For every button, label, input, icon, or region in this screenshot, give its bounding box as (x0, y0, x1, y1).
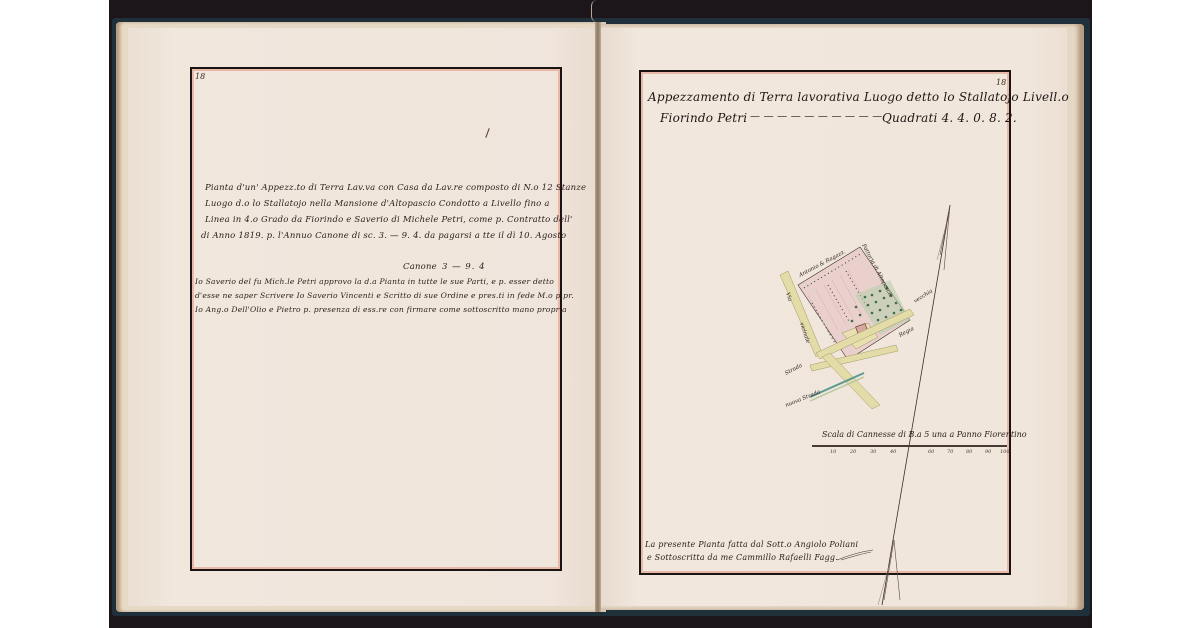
map-title-area: Quadrati 4. 4. 0. 8. 2. (882, 111, 1017, 125)
map-title-dashes: — — — — — — — — — — (750, 111, 882, 122)
footer-line-1: La presente Pianta fatta dal Sott.o Angi… (645, 540, 858, 549)
svg-text:Via: Via (784, 292, 792, 302)
approval-line-1: Io Saverio del fu Mich.le Petri approvo … (195, 277, 554, 286)
left-page-frame (190, 67, 562, 571)
svg-text:Strada: Strada (784, 363, 803, 377)
svg-text:Regia: Regia (897, 326, 915, 339)
description-line-1: Pianta d'un' Appezz.to di Terra Lav.va c… (205, 183, 586, 193)
estate-plot-map: Antonio & Ragazz. Fattoria di Altopascio… (760, 225, 990, 415)
description-line-3: Linea in 4.o Grado da Fiorindo e Saverio… (205, 215, 573, 225)
bookmark-string (591, 0, 608, 22)
canone-value: 3 — 9. 4 (442, 262, 486, 272)
description-line-2: Luogo d.o lo Stallatojo nella Mansione d… (205, 199, 550, 209)
approval-line-3: Io Ang.o Dell'Olio e Pietro p. presenza … (195, 305, 567, 314)
footer-line-2: e Sottoscritta da me Cammillo Rafaelli F… (647, 553, 838, 562)
svg-text:vecchia: vecchia (913, 288, 934, 304)
scale-tick: 100 (1000, 449, 1010, 455)
description-line-4: di Anno 1819. p. l'Annuo Canone di sc. 3… (201, 231, 566, 241)
scale-tick: 20 (850, 449, 856, 455)
map-title-line-1: Appezzamento di Terra lavorativa Luogo d… (648, 90, 1069, 104)
right-folio-number: 18 (996, 78, 1006, 87)
scale-tick: 10 (830, 449, 836, 455)
scale-tick: 40 (890, 449, 896, 455)
scale-tick: 90 (985, 449, 991, 455)
scale-bar (812, 445, 1007, 447)
left-folio-number: 18 (195, 72, 205, 81)
map-title-owner: Fiorindo Petri (660, 111, 747, 125)
signature-flourish-icon (835, 548, 875, 562)
scale-caption: Scala di Cannesse di B.a 5 una a Panno F… (822, 430, 1027, 439)
scale-tick: 60 (928, 449, 934, 455)
scale-tick: 70 (947, 449, 953, 455)
scale-tick: 30 (870, 449, 876, 455)
canone-label: Canone (403, 262, 437, 272)
approval-line-2: d'esse ne saper Scrivere Io Saverio Vinc… (195, 291, 574, 300)
scale-tick: 80 (966, 449, 972, 455)
